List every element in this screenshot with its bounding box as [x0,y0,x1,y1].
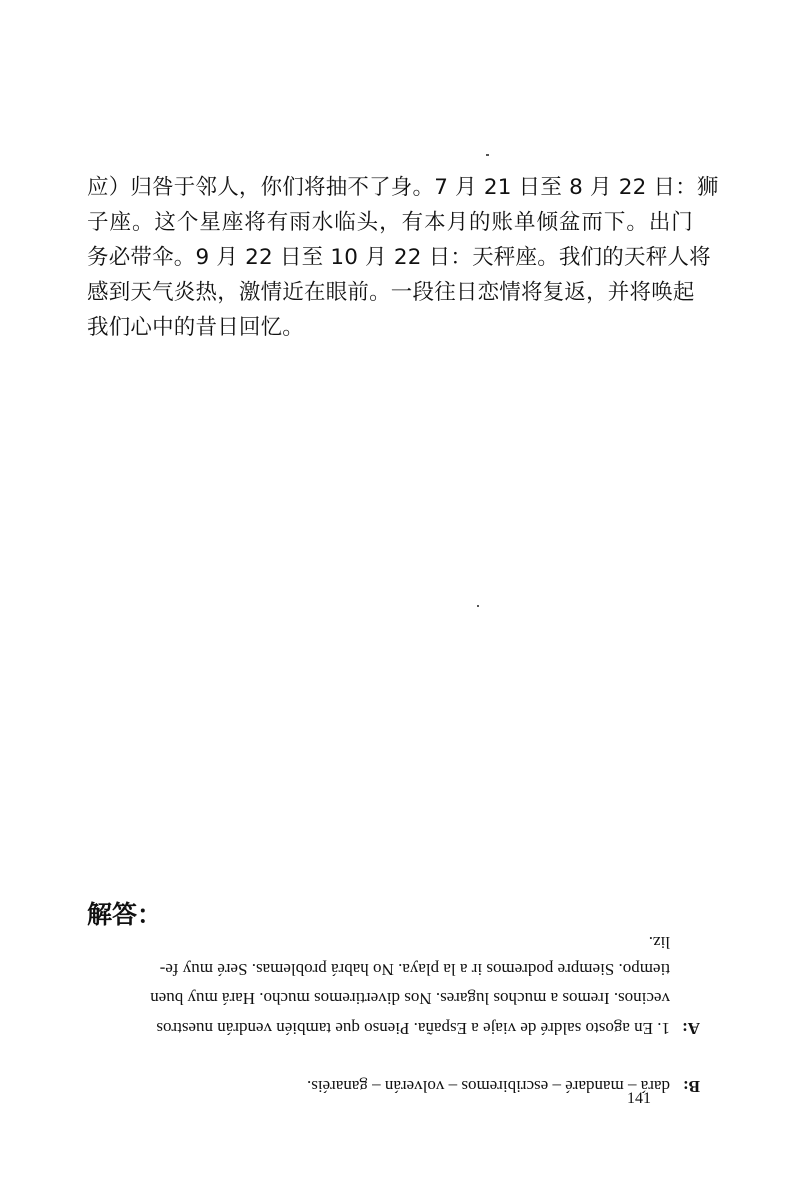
answer-a-label: A: [682,1018,700,1038]
scan-speck [477,605,479,607]
body-line: 子座。这个星座将有雨水临头，有本月的账单倾盆而下。出门 [87,205,693,240]
answer-a-line: tiempo. Siempre podremos ir a la playa. … [160,959,670,979]
answer-b-label: B: [683,1076,700,1096]
page-number: 141 [627,1090,651,1108]
answer-a-line: 1. En agosto saldré de viaje a España. P… [156,1018,670,1038]
body-line: 务必带伞。9 月 22 日至 10 月 22 日：天秤座。我们的天秤人将 [87,240,693,275]
body-text: 应）归咎于邻人，你们将抽不了身。7 月 21 日至 8 月 22 日：狮 子座。… [87,170,693,345]
answer-a-line: liz. [649,932,670,952]
body-line: 我们心中的昔日回忆。 [87,310,693,345]
body-line: 应）归咎于邻人，你们将抽不了身。7 月 21 日至 8 月 22 日：狮 [87,170,693,205]
answer-b-line: dará – mandaré – escribiremos – volverán… [307,1076,670,1096]
body-line: 感到天气炎热，激情近在眼前。一段往日恋情将复返，并将唤起 [87,275,693,310]
answers-heading: 解答： [87,895,162,931]
scan-speck [486,154,489,156]
answer-a-line: vecinos. Iremos a muchos lugares. Nos di… [150,988,670,1008]
answers-upside-down: A: 1. En agosto saldré de viaje a España… [80,928,700,1088]
